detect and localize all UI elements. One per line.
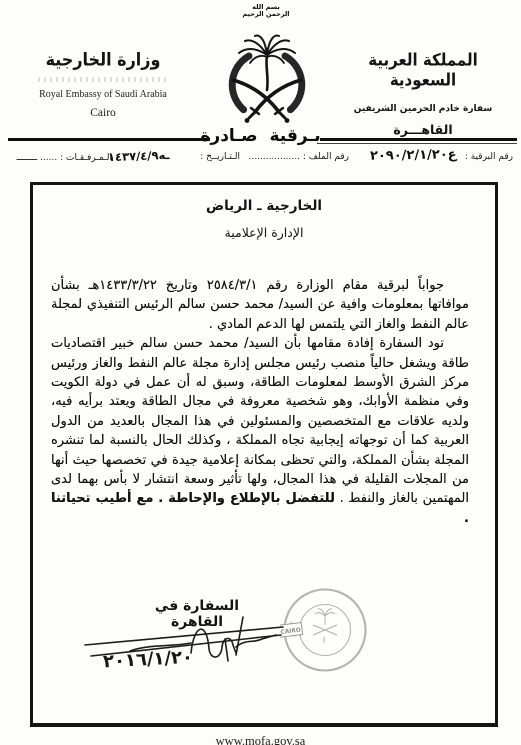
date-value: ١٤٣٧/٤/٩هـ xyxy=(108,149,169,167)
embassy-title-ar: سفارة خادم الحرمين الشريفين xyxy=(333,104,513,114)
telegram-number-value: ٢٠٩٠/٢/١/٢٠ع xyxy=(370,148,457,166)
banner-rule-left xyxy=(8,138,210,141)
attachments-dots: ...... xyxy=(40,153,57,163)
ministry-calligraphy: وزارة الخارجية xyxy=(12,49,194,70)
file-number-field: رقم الملف : .................. xyxy=(248,152,349,170)
closing-phrase: للتفضل بالإطلاع والإحاطة . xyxy=(158,491,335,506)
city-en: Cairo xyxy=(12,107,194,119)
embassy-title-en: Royal Embassy of Saudi Arabia xyxy=(12,89,194,100)
faded-text-line xyxy=(38,77,168,82)
scanned-telegram-page: { "page": { "header": { "right": { "king… xyxy=(0,0,521,745)
addressee-line: الخارجية ـ الرياض xyxy=(33,198,495,214)
saudi-emblem-icon xyxy=(221,30,313,128)
department-line: الإدارة الإعلامية xyxy=(33,225,495,240)
file-number-dots: .................. xyxy=(248,152,300,162)
attachments-label: الـمـرفـقـات : xyxy=(60,153,112,163)
date-handwritten: ١٤٣٧/٤/٩هـ xyxy=(107,148,169,164)
header-right-block: المملكة العربية السعودية سفارة خادم الحر… xyxy=(333,52,513,137)
telegram-number-label: رقم البرقية : xyxy=(465,152,513,170)
paragraph-2-text: تود السفارة إفادة مقامها بأن السيد/ محمد… xyxy=(51,336,469,506)
date-label: الـتـاريــخ : xyxy=(200,152,240,170)
header-left-block: وزارة الخارجية Royal Embassy of Saudi Ar… xyxy=(12,50,194,119)
attachments-field: الـمـرفـقـات : ...... ـــــــ xyxy=(17,152,112,170)
letter-frame: الخارجية ـ الرياض الإدارة الإعلامية جواب… xyxy=(30,182,498,727)
letter-paragraph-1: جواباً لبرقية مقام الوزارة رقم ٢٥٨٤/٣/١ … xyxy=(51,276,469,334)
kingdom-calligraphy: المملكة العربية السعودية xyxy=(333,50,513,90)
file-number-label: رقم الملف : xyxy=(303,152,349,162)
basmala-calligraphy: بسم الله الرحمن الرحيم xyxy=(240,4,292,18)
banner-rule-right xyxy=(320,138,517,141)
attachments-dash-handwritten: ـــــــ xyxy=(17,152,38,163)
banner-rule-right-thin xyxy=(318,143,517,144)
footer-website: www.mofa.gov.sa xyxy=(0,734,521,745)
telegram-number-handwritten: ٢٠٩٠/٢/١/٢٠ع xyxy=(370,147,457,164)
letter-paragraph-2: تود السفارة إفادة مقامها بأن السيد/ محمد… xyxy=(51,334,469,528)
